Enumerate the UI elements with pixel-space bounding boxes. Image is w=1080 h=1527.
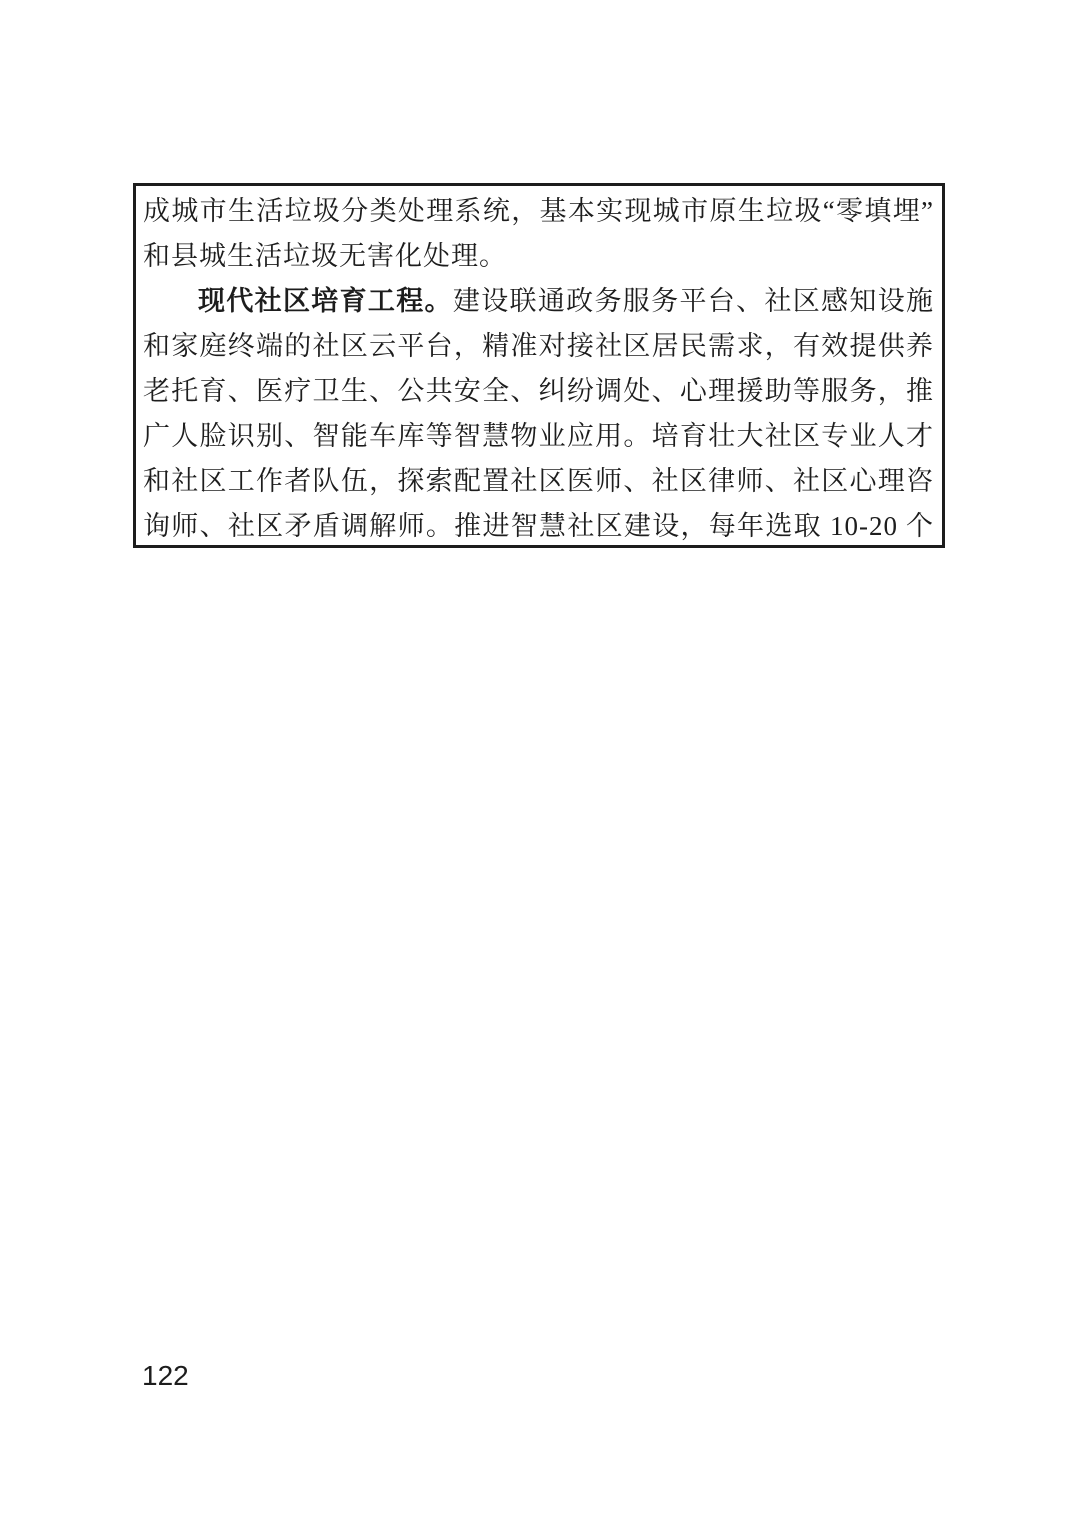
paragraph-body-text: 建设联通政务服务平台、社区感知设施和家庭终端的社区云平台，精准对接社区居民需求，… <box>143 286 934 548</box>
document-page: 成城市生活垃圾分类处理系统，基本实现城市原生垃圾“零填埋”和县城生活垃圾无害化处… <box>0 0 1080 1527</box>
content-box: 成城市生活垃圾分类处理系统，基本实现城市原生垃圾“零填埋”和县城生活垃圾无害化处… <box>133 183 945 548</box>
paragraph-continuation: 成城市生活垃圾分类处理系统，基本实现城市原生垃圾“零填埋”和县城生活垃圾无害化处… <box>143 189 934 279</box>
paragraph-modern-community: 现代社区培育工程。建设联通政务服务平台、社区感知设施和家庭终端的社区云平台，精准… <box>143 279 934 548</box>
paragraph-bold-lead: 现代社区培育工程。 <box>198 286 453 316</box>
page-number: 122 <box>142 1360 189 1392</box>
